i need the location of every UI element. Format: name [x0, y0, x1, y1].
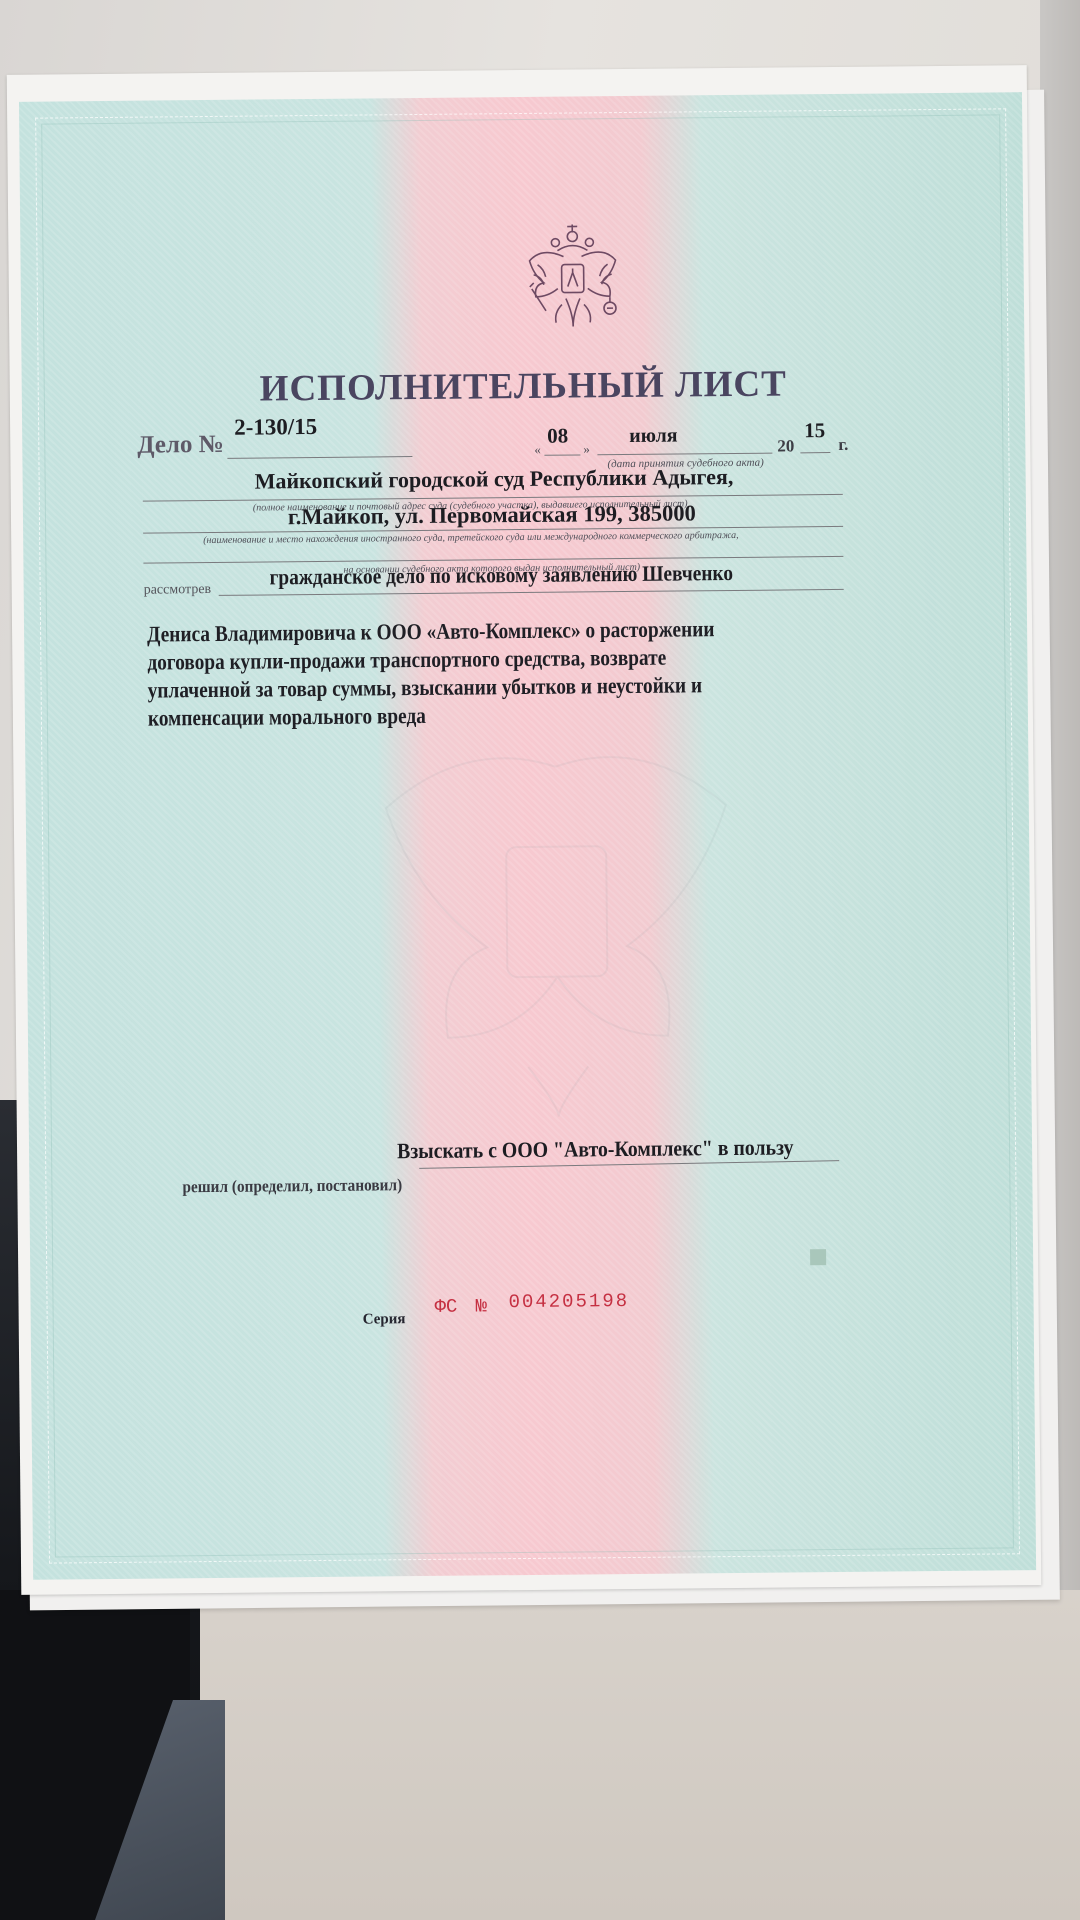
decision-text: Взыскать с ООО "Авто-Комплекс" в пользу — [397, 1134, 794, 1164]
series-value: ФС — [434, 1296, 457, 1318]
writ-of-execution-document: ИСПОЛНИТЕЛЬНЫЙ ЛИСТ Дело № 2-130/15 08 и… — [7, 65, 1042, 1595]
series-label: Серия — [363, 1311, 406, 1328]
case-number: 2-130/15 — [234, 414, 317, 441]
considered-label: рассмотрев — [144, 582, 212, 599]
court-address: г.Майкоп, ул. Первомайская 199, 385000 — [288, 500, 696, 530]
date-year-suffix: 15 — [804, 418, 825, 443]
serial-number: 004205198 — [508, 1290, 629, 1313]
case-number-label: Дело № — [137, 431, 224, 460]
court-name: Майкопский городской суд Республики Адыг… — [255, 464, 734, 495]
russian-coat-of-arms-icon — [517, 216, 628, 337]
decided-label: решил (определил, постановил) — [182, 1175, 402, 1197]
date-year-unit: г. — [838, 435, 848, 455]
date-year-prefix: 20 — [777, 436, 794, 456]
date-month: июля — [629, 425, 678, 448]
date-day: 08 — [547, 424, 568, 449]
security-background: ИСПОЛНИТЕЛЬНЫЙ ЛИСТ Дело № 2-130/15 08 и… — [19, 92, 1036, 1580]
background-marble-table — [195, 1590, 1080, 1920]
case-description-first-line: гражданское дело по исковому заявлению Ш… — [269, 560, 733, 590]
registration-mark — [810, 1249, 826, 1265]
watermark-coat-of-arms-icon — [325, 734, 789, 1118]
date-close-quote: » — [583, 441, 590, 457]
date-open-quote: « — [534, 442, 541, 458]
case-description: Дениса Владимировича к ООО «Авто-Комплек… — [147, 614, 819, 732]
number-sign: № — [475, 1295, 487, 1317]
